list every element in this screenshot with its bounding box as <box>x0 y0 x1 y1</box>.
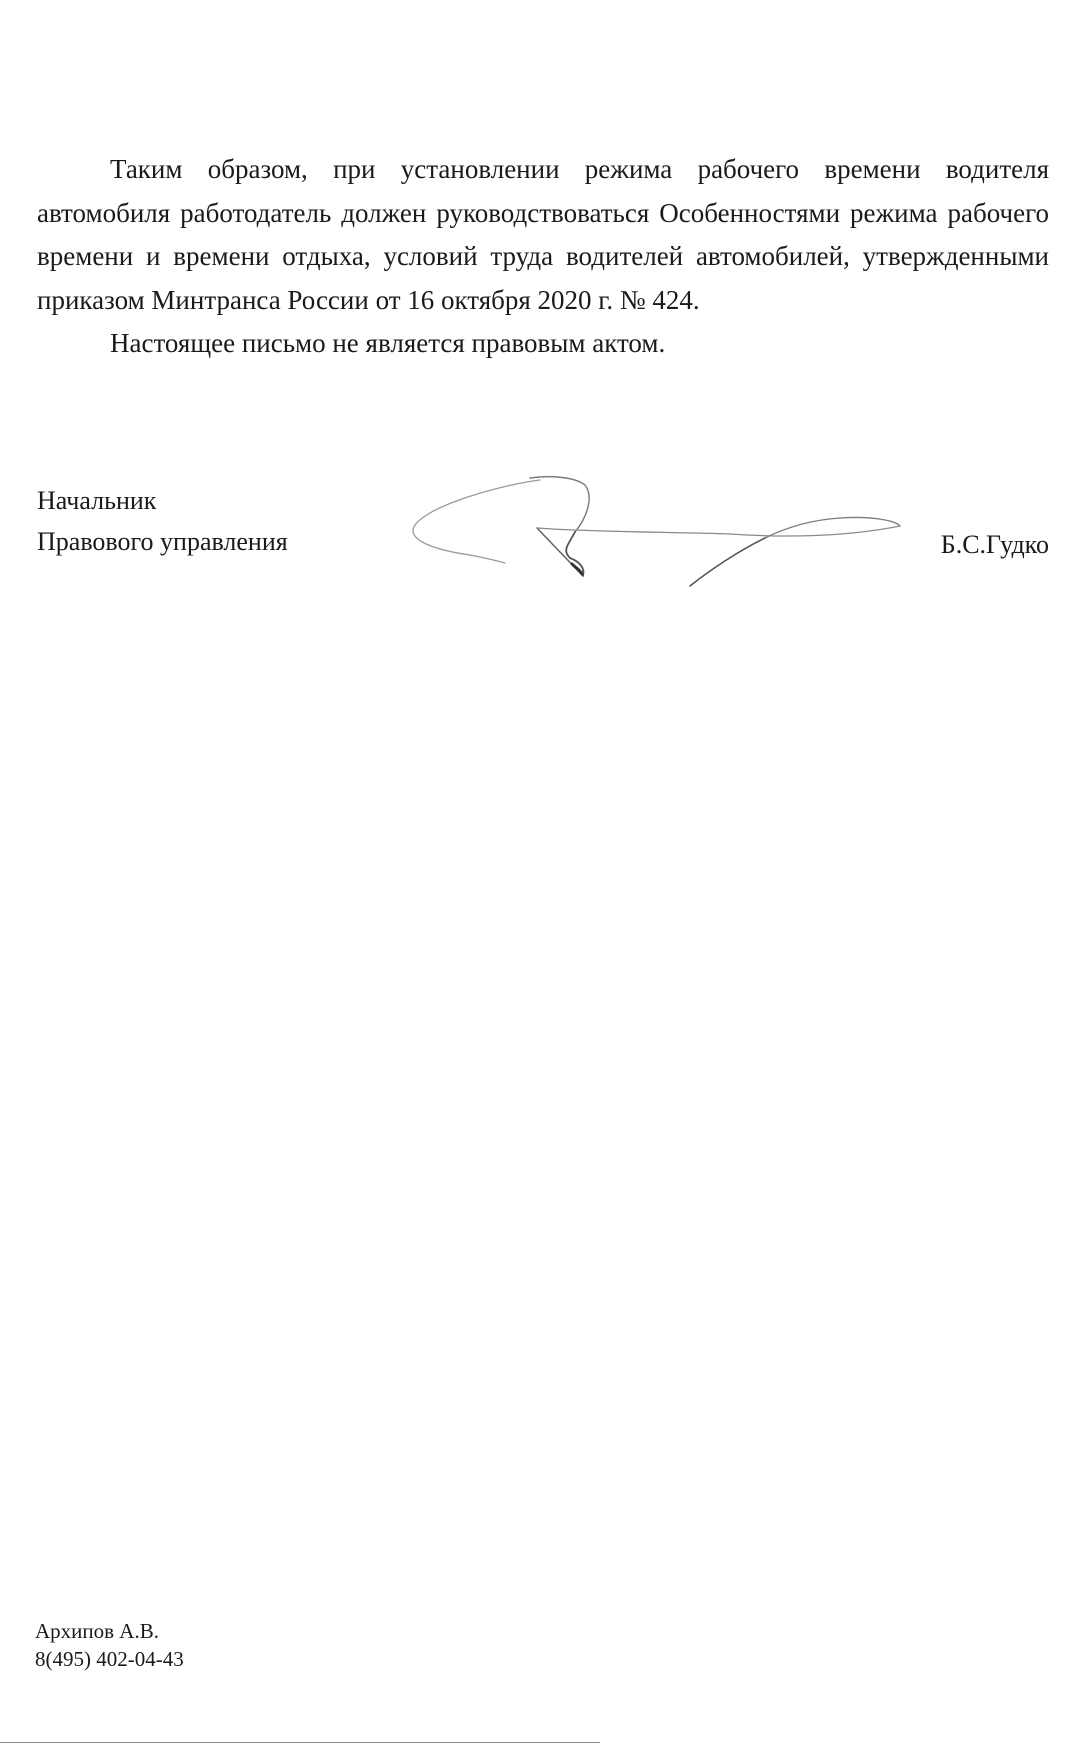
letter-body: Таким образом, при установлении режима р… <box>37 148 1049 366</box>
executor-phone: 8(495) 402-04-43 <box>35 1645 184 1673</box>
document-page: Таким образом, при установлении режима р… <box>0 0 1087 1756</box>
signer-name: Б.С.Гудко <box>941 528 1049 562</box>
paragraph-conclusion: Таким образом, при установлении режима р… <box>37 148 1049 322</box>
position-line-1: Начальник <box>37 480 288 521</box>
signatory-position: Начальник Правового управления <box>37 480 288 562</box>
position-line-2: Правового управления <box>37 521 288 562</box>
paragraph-disclaimer: Настоящее письмо не является правовым ак… <box>37 322 1049 366</box>
executor-contact: Архипов А.В. 8(495) 402-04-43 <box>35 1617 184 1673</box>
handwritten-signature-icon <box>390 450 910 590</box>
footer-divider <box>0 1742 600 1743</box>
executor-name: Архипов А.В. <box>35 1617 184 1645</box>
